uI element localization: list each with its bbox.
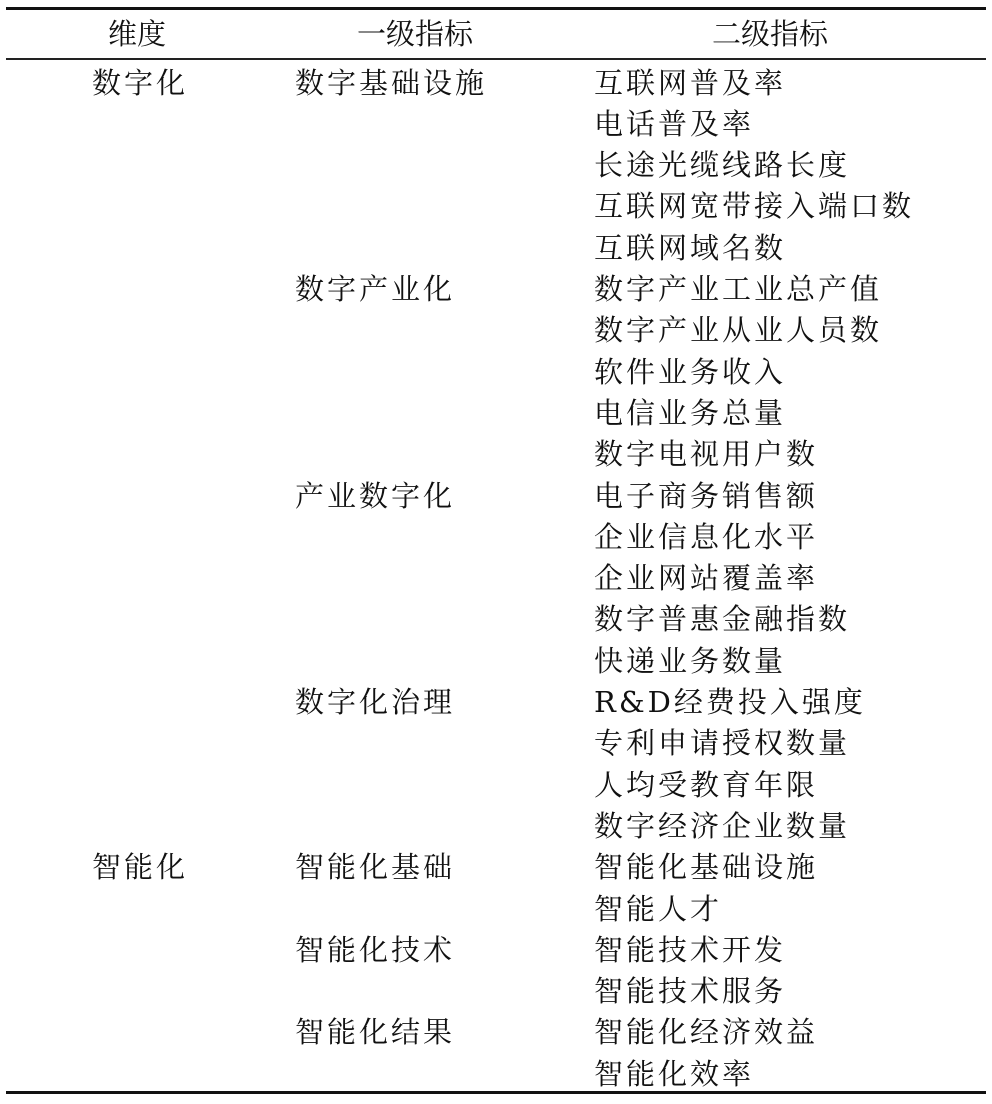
cell-level2-indicator: 数字产业工业总产值 [594, 269, 882, 310]
cell-level2-indicator: 快递业务数量 [594, 641, 786, 682]
table-header: 维度 一级指标 二级指标 [6, 10, 986, 58]
table-row: 数字化数字基础设施互联网普及率 [6, 63, 986, 104]
cell-level1-indicator: 数字产业化 [295, 269, 455, 310]
cell-level2-indicator: 长途光缆线路长度 [594, 145, 850, 186]
cell-level2-indicator: 数字普惠金融指数 [594, 599, 850, 640]
indicator-table: 维度 一级指标 二级指标 数字化数字基础设施互联网普及率电话普及率长途光缆线路长… [6, 7, 986, 1094]
cell-dimension: 数字化 [92, 63, 188, 104]
cell-level1-indicator: 智能化技术 [295, 930, 455, 971]
table-row: 互联网域名数 [6, 228, 986, 269]
cell-level1-indicator: 数字基础设施 [295, 63, 487, 104]
cell-level2-indicator: 智能人才 [594, 889, 722, 930]
cell-level2-indicator: 智能化效率 [594, 1054, 754, 1095]
table-row: 数字普惠金融指数 [6, 599, 986, 640]
cell-level1-indicator: 产业数字化 [295, 476, 455, 517]
table-body: 数字化数字基础设施互联网普及率电话普及率长途光缆线路长度互联网宽带接入端口数互联… [6, 60, 986, 1091]
cell-level2-indicator: 数字电视用户数 [594, 434, 818, 475]
table-row: 互联网宽带接入端口数 [6, 186, 986, 227]
table-row: 数字电视用户数 [6, 434, 986, 475]
header-level1-indicator: 一级指标 [357, 17, 473, 51]
header-dimension: 维度 [108, 17, 166, 51]
table-row: 长途光缆线路长度 [6, 145, 986, 186]
table-row: 智能化智能化基础智能化基础设施 [6, 847, 986, 888]
table-row: 智能技术服务 [6, 971, 986, 1012]
table-row: 数字化治理R&D经费投入强度 [6, 682, 986, 723]
table-row: 电话普及率 [6, 104, 986, 145]
cell-level2-indicator: 智能化基础设施 [594, 847, 818, 888]
table-row: 智能人才 [6, 889, 986, 930]
cell-level2-indicator: R&D经费投入强度 [594, 682, 866, 723]
table-row: 智能化效率 [6, 1054, 986, 1095]
cell-level1-indicator: 数字化治理 [295, 682, 455, 723]
table-row: 快递业务数量 [6, 641, 986, 682]
cell-level1-indicator: 智能化结果 [295, 1012, 455, 1053]
cell-level2-indicator: 互联网宽带接入端口数 [594, 186, 914, 227]
cell-level2-indicator: 专利申请授权数量 [594, 723, 850, 764]
table-row: 智能化结果智能化经济效益 [6, 1012, 986, 1053]
table-row: 企业信息化水平 [6, 517, 986, 558]
cell-level2-indicator: 电子商务销售额 [594, 476, 818, 517]
table-row: 企业网站覆盖率 [6, 558, 986, 599]
table-row: 专利申请授权数量 [6, 723, 986, 764]
cell-level2-indicator: 企业网站覆盖率 [594, 558, 818, 599]
table-row: 智能化技术智能技术开发 [6, 930, 986, 971]
cell-level2-indicator: 软件业务收入 [594, 352, 786, 393]
header-level2-indicator: 二级指标 [712, 17, 828, 51]
cell-level2-indicator: 互联网域名数 [594, 228, 786, 269]
table-row: 软件业务收入 [6, 352, 986, 393]
table-row: 人均受教育年限 [6, 765, 986, 806]
cell-level2-indicator: 企业信息化水平 [594, 517, 818, 558]
table-row: 电信业务总量 [6, 393, 986, 434]
cell-dimension: 智能化 [92, 847, 188, 888]
cell-level2-indicator: 数字经济企业数量 [594, 806, 850, 847]
table-row: 数字经济企业数量 [6, 806, 986, 847]
cell-level2-indicator: 智能技术服务 [594, 971, 786, 1012]
table-row: 产业数字化电子商务销售额 [6, 476, 986, 517]
cell-level2-indicator: 数字产业从业人员数 [594, 310, 882, 351]
cell-level2-indicator: 互联网普及率 [594, 63, 786, 104]
cell-level2-indicator: 人均受教育年限 [594, 765, 818, 806]
table-row: 数字产业从业人员数 [6, 310, 986, 351]
cell-level2-indicator: 电话普及率 [594, 104, 754, 145]
cell-level2-indicator: 智能技术开发 [594, 930, 786, 971]
table-row: 数字产业化数字产业工业总产值 [6, 269, 986, 310]
cell-level2-indicator: 电信业务总量 [594, 393, 786, 434]
cell-level1-indicator: 智能化基础 [295, 847, 455, 888]
cell-level2-indicator: 智能化经济效益 [594, 1012, 818, 1053]
